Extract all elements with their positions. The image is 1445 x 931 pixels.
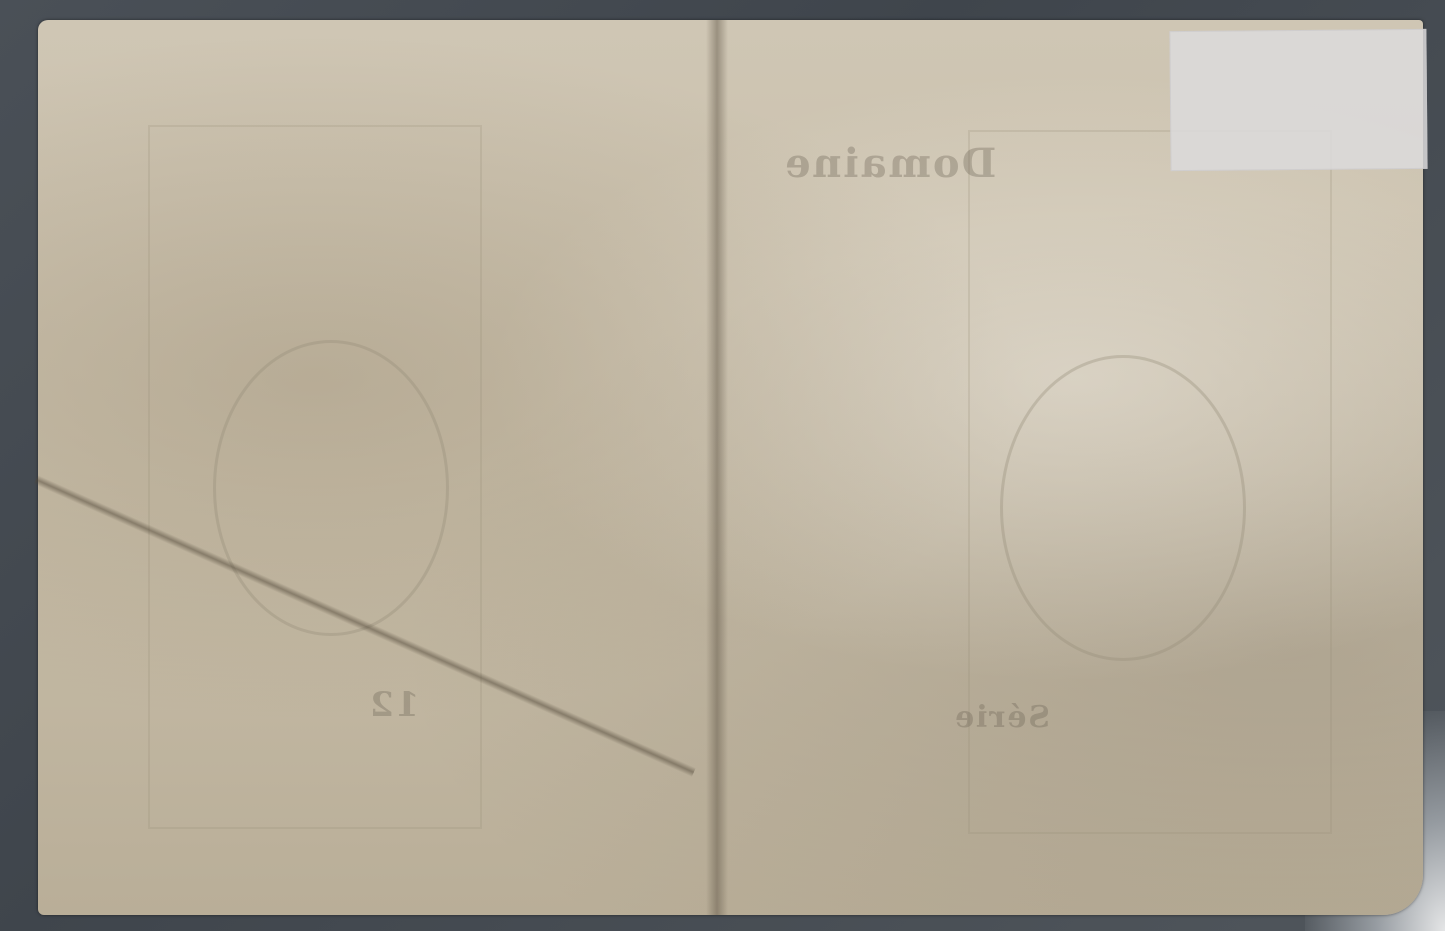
watermark-oval-right bbox=[1000, 355, 1246, 661]
hinge-tape bbox=[1169, 29, 1427, 171]
show-through-number: 12 bbox=[368, 685, 419, 725]
banknote: Domaine Série 12 bbox=[38, 20, 1423, 915]
show-through-serie: Série bbox=[953, 700, 1050, 735]
watermark-oval-left bbox=[213, 340, 449, 636]
show-through-title: Domaine bbox=[783, 140, 996, 187]
vertical-fold bbox=[706, 20, 728, 915]
